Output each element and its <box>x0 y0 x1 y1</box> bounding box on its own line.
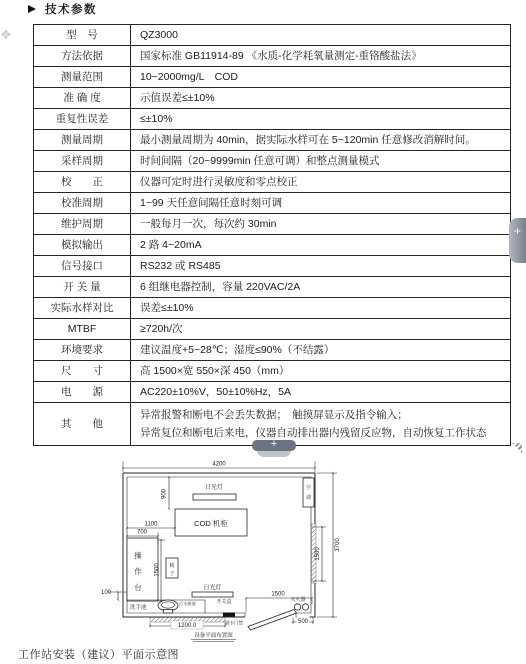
spec-value: 6 组继电器控制，容量 220VAC/2A <box>131 277 510 297</box>
spec-value: 误差≤±10% <box>131 298 510 318</box>
spec-value: 最小测量周期为 40min，据实际水样可在 5~120min 任意修改消解时间。 <box>131 130 510 150</box>
extinguisher-label: 灭火器 <box>290 596 305 603</box>
floor-plan-diagram: 4200 3700 日光灯 900 COD 机柜 1100 700 操 作 台 … <box>0 450 526 654</box>
spec-label: 尺 寸 <box>34 361 131 381</box>
operating-desk <box>127 538 158 601</box>
table-row: 准 确 度示值误差≤±10% <box>34 87 510 108</box>
spec-value: 示值误差≤±10% <box>131 88 510 108</box>
spec-label: 其 他 <box>34 403 131 445</box>
spec-value: 10~2000mg/L COD <box>131 67 510 87</box>
spec-label: 电 源 <box>34 382 131 402</box>
spec-value: 建议温度+5~28℃；湿度≤90%（不结露） <box>131 340 510 360</box>
spec-value: 国家标准 GB11914-89 《水质-化学耗氧量测定-重铬酸盐法》 <box>131 46 510 66</box>
table-row: 尺 寸高 1500×宽 550×深 450（mm） <box>34 360 510 381</box>
dim-lamp-offset-label: 900 <box>162 488 168 499</box>
card-reader <box>223 613 235 617</box>
spec-value: 仪器可定时进行灵敏度和零点校正 <box>131 172 510 192</box>
spec-label: 模拟输出 <box>34 235 131 255</box>
spec-label: 采样周期 <box>34 151 131 171</box>
dim-room-depth-label: 3700 <box>335 538 341 552</box>
spec-value: RS232 或 RS485 <box>131 256 510 276</box>
table-row: 信号接口RS232 或 RS485 <box>34 255 510 276</box>
table-row: 环境要求建议温度+5~28℃；湿度≤90%（不结露） <box>34 339 510 360</box>
table-row: 方法依据国家标准 GB11914-89 《水质-化学耗氧量测定-重铬酸盐法》 <box>34 45 510 66</box>
operating-desk-char: 台 <box>134 582 142 592</box>
arrow-bullet-icon <box>28 5 36 13</box>
lamp-top-label: 日光灯 <box>205 483 223 491</box>
spec-value-line1: 异常报警和断电不会丢失数据； 触摸屏显示及指令输入； <box>140 409 408 422</box>
spec-value: 时间间隔（20~9999min 任意可调）和整点测量模式 <box>131 151 510 171</box>
dim-cabinet-offset-label: 1100 <box>145 522 159 528</box>
spec-label: 重复性误差 <box>34 109 131 129</box>
spec-label: 方法依据 <box>34 46 131 66</box>
section-title: 技术参数 <box>45 1 97 17</box>
spec-label: 测量周期 <box>34 130 131 150</box>
spec-value: QZ3000 <box>131 25 510 45</box>
dim-door-span-label: 1500 <box>271 592 285 598</box>
ac-unit <box>303 478 314 507</box>
table-row: 模拟输出2 路 4~20mA <box>34 234 510 255</box>
spec-label: 校准周期 <box>34 193 131 213</box>
chair-char: 子 <box>169 570 174 577</box>
plan-title: 设备平面布置图 <box>194 631 233 639</box>
dim-bottom-window-label: 1200.0 <box>178 623 197 629</box>
operating-desk-char: 作 <box>134 566 142 576</box>
table-row: 电 源AC220±10%V，50±10%Hz，5A <box>34 381 510 402</box>
insert-column-button[interactable]: + <box>509 218 526 263</box>
dim-room-width-label: 4200 <box>212 462 226 468</box>
spec-label: MTBF <box>34 319 131 339</box>
ac-unit-char: 调 <box>306 494 311 501</box>
figure-caption: 工作站安装（建议）平面示意图 <box>18 646 179 662</box>
spec-value: ≤±10% <box>131 109 510 129</box>
dim-bench-gap-label: 100 <box>101 590 112 596</box>
table-row: 维护周期一般每月一次，每次约 30min <box>34 213 510 234</box>
table-row: 校 正仪器可定时进行灵敏度和零点校正 <box>34 171 510 192</box>
spec-label: 准 确 度 <box>34 88 131 108</box>
dim-desk-length-label: 1500 <box>155 563 161 577</box>
table-row: 开 关 量6 组继电器控制，容量 220VAC/2A <box>34 276 510 297</box>
operating-desk-char: 操 <box>134 550 142 560</box>
spec-label: 环境要求 <box>34 340 131 360</box>
table-row: MTBF≥720h/次 <box>34 318 510 339</box>
table-row: 实际水样对比误差≤±10% <box>34 297 510 318</box>
lamp-bottom <box>192 592 233 597</box>
table-row: 测量范围10~2000mg/L COD <box>34 66 510 87</box>
spec-label: 型 号 <box>34 25 131 45</box>
dim-desk-width-label: 700 <box>137 530 148 536</box>
switch-box-label: 开关盒 <box>216 598 231 605</box>
object-anchor-icon: ❖ <box>0 28 12 41</box>
chair-char: 椅 <box>169 562 174 569</box>
dim-door-width-label: 500 <box>298 619 309 625</box>
spec-value: 2 路 4~20mA <box>131 235 510 255</box>
spec-label: 测量范围 <box>34 67 131 87</box>
spec-value: 1~99 天任意间隔任意时刻可调 <box>131 193 510 213</box>
spec-label: 信号接口 <box>34 256 131 276</box>
spec-table: 型 号QZ3000 方法依据国家标准 GB11914-89 《水质-化学耗氧量测… <box>33 24 511 446</box>
drain-label: 污水排放 <box>179 600 197 607</box>
table-row: 重复性误差≤±10% <box>34 108 510 129</box>
spec-value: ≥720h/次 <box>131 319 510 339</box>
document-page: { "page": { "section_title": "技术参数", "an… <box>0 0 526 664</box>
spec-label: 实际水样对比 <box>34 298 131 318</box>
spec-value: 高 1500×宽 550×深 450（mm） <box>131 361 510 381</box>
spec-value: 异常报警和断电不会丢失数据； 触摸屏显示及指令输入； 异常复位和断电后来电，仪器… <box>131 403 510 445</box>
ac-unit-char: 空 <box>306 484 311 491</box>
spec-value-line2: 异常复位和断电后来电，仪器自动排出器内残留反应物，自动恢复工作状态 <box>140 427 487 440</box>
dim-right-window-label: 1500 <box>315 547 321 561</box>
extinguisher <box>294 604 300 610</box>
door-leaf <box>248 610 297 631</box>
section-heading: 技术参数 <box>28 1 97 17</box>
lamp-top <box>193 494 236 500</box>
spec-label: 开 关 量 <box>34 277 131 297</box>
table-row: 型 号QZ3000 <box>34 25 510 45</box>
table-row: 测量周期最小测量周期为 40min，据实际水样可在 5~120min 任意修改消… <box>34 129 510 150</box>
spec-value: AC220±10%V，50±10%Hz，5A <box>131 382 510 402</box>
spec-label: 维护周期 <box>34 214 131 234</box>
cod-cabinet-label: COD 机柜 <box>194 518 228 528</box>
spec-value: 一般每月一次，每次约 30min <box>131 214 510 234</box>
table-row: 采样周期时间间隔（20~9999min 任意可调）和整点测量模式 <box>34 150 510 171</box>
sink-drain <box>164 610 173 614</box>
table-row: 校准周期1~99 天任意间隔任意时刻可调 <box>34 192 510 213</box>
sink-label: 洗手池 <box>130 603 147 611</box>
spec-label: 校 正 <box>34 172 131 192</box>
lamp-bottom-label: 日光灯 <box>203 584 221 592</box>
card-access-label: 刷卡门禁 <box>225 620 243 627</box>
extinguisher <box>302 604 308 610</box>
